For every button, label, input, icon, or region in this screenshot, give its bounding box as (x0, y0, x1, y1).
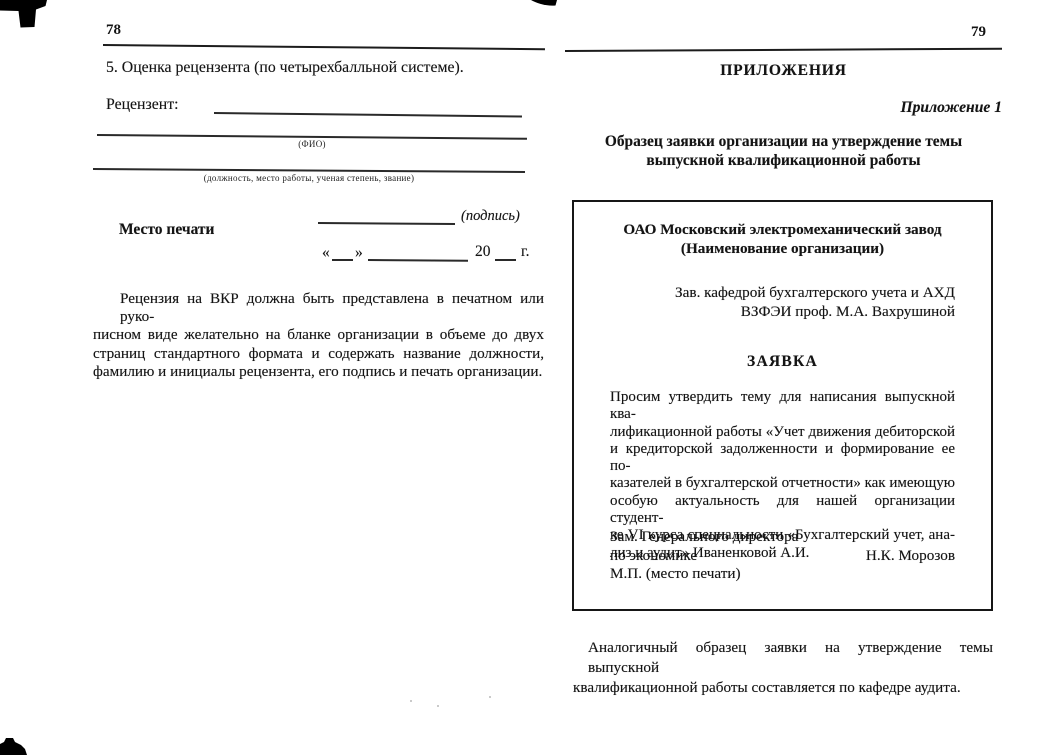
addressee-block: Зав. кафедрой бухгалтерского учета и АХД… (675, 283, 955, 321)
signer-name: Н.К. Морозов (866, 547, 955, 566)
reviewer-fill-line (214, 112, 522, 117)
appendices-title: ПРИЛОЖЕНИЯ (565, 62, 1002, 80)
stamp-place-label: Место печати (119, 221, 214, 239)
scanned-book-spread: 78 5. Оценка рецензента (по четырехбалль… (0, 0, 1042, 755)
scan-speck (489, 696, 491, 698)
body-line: лификационной работы «Учет движения деби… (610, 424, 955, 441)
body-line: Просим утвердить тему для написания выпу… (610, 389, 955, 424)
date-month-fill-line (368, 259, 468, 261)
closing-paragraph: Аналогичный образец заявки на утверждени… (573, 638, 993, 699)
addressee-line: Зав. кафедрой бухгалтерского учета и АХД (675, 283, 955, 302)
addressee-line: ВЗФЭИ проф. М.А. Вахрушиной (675, 302, 955, 321)
item-5-evaluation: 5. Оценка рецензента (по четырехбалльной… (106, 59, 464, 77)
reviewer-label: Рецензент: (106, 96, 179, 114)
header-rule (565, 48, 1002, 52)
date-open-quote: « (322, 244, 330, 262)
page-number: 78 (106, 22, 121, 39)
position-fill-line (93, 168, 525, 173)
scan-blob-bottom-left (0, 736, 30, 755)
appendix-subtitle: Образец заявки организации на утверждени… (565, 132, 1002, 170)
signature-fill-line (318, 222, 455, 225)
date-year-fill-line (495, 259, 516, 261)
scan-speck (437, 705, 439, 707)
date-year: 20 (475, 243, 491, 261)
review-requirements-paragraph: Рецензия на ВКР должна быть представлена… (93, 290, 544, 381)
closing-line: квалификационной работы составляется по … (573, 678, 993, 698)
subtitle-line: Образец заявки организации на утверждени… (565, 132, 1002, 151)
signer-row: по экономике Н.К. Морозов (610, 547, 955, 566)
paragraph-line: писном виде желательно на бланке организ… (93, 326, 544, 344)
date-close-quote: » (355, 244, 363, 262)
signer-position-line: Зам. Генерального директора (610, 528, 955, 547)
position-caption: (должность, место работы, ученая степень… (93, 173, 525, 183)
organization-caption: (Наименование организации) (574, 239, 991, 258)
signature-caption: (подпись) (461, 208, 520, 225)
closing-line: Аналогичный образец заявки на утверждени… (573, 638, 993, 678)
page-number: 79 (971, 24, 986, 41)
signer-position-line: по экономике (610, 547, 697, 566)
organization-name: ОАО Московский электромеханический завод (574, 220, 991, 239)
body-line: и кредиторской задолженности и формирова… (610, 441, 955, 476)
subtitle-line: выпускной квалификационной работы (565, 151, 1002, 170)
appendix-1-label: Приложение 1 (565, 99, 1002, 117)
paragraph-line: Рецензия на ВКР должна быть представлена… (93, 290, 544, 326)
date-day-fill-line (332, 259, 353, 261)
scan-speck (410, 700, 412, 702)
scan-blob-top-left (0, 0, 50, 30)
fio-caption: (ФИО) (97, 139, 527, 149)
application-form-box: ОАО Московский электромеханический завод… (572, 200, 993, 611)
stamp-note: М.П. (место печати) (610, 565, 955, 584)
date-year-suffix: г. (521, 243, 529, 261)
header-rule (103, 44, 545, 50)
application-title: ЗАЯВКА (574, 353, 991, 371)
scan-blob-top-center (530, 0, 560, 8)
paragraph-line: страниц стандартного формата и содержать… (93, 345, 544, 363)
body-line: казателей в бухгалтерской отчетности» ка… (610, 475, 955, 492)
body-line: особую актуальность для нашей организаци… (610, 493, 955, 528)
signature-block: Зам. Генерального директора по экономике… (610, 528, 955, 584)
paragraph-line: фамилию и инициалы рецензента, его подпи… (93, 363, 544, 381)
organization-header: ОАО Московский электромеханический завод… (574, 220, 991, 258)
